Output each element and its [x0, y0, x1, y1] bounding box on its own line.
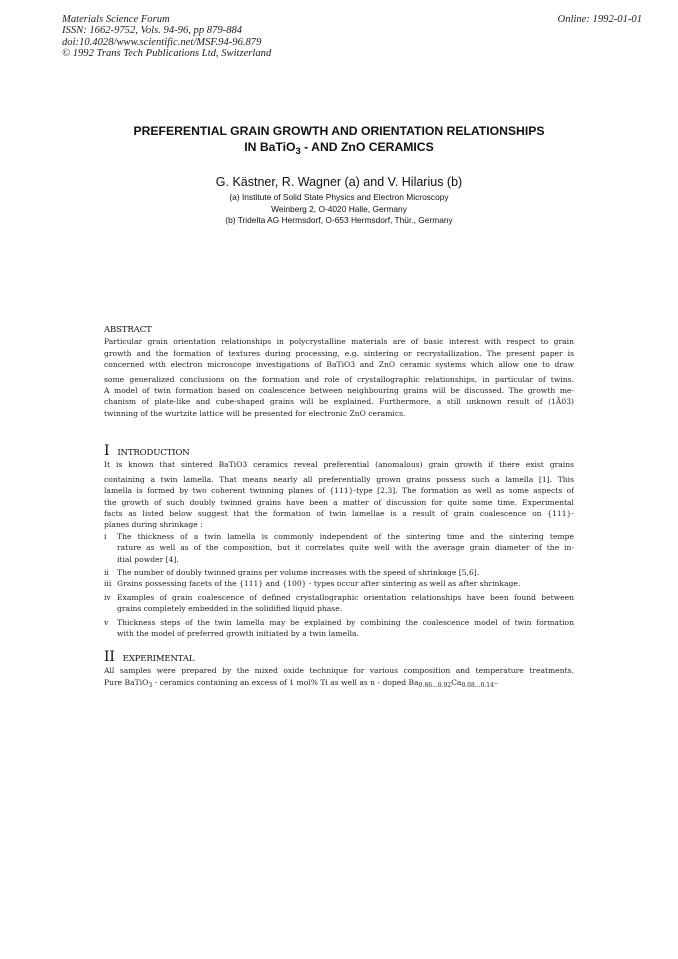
- experimental-section: IIEXPERIMENTAL All samples were prepared…: [104, 652, 574, 691]
- doi-line: doi:10.4028/www.scientific.net/MSF.94-96…: [62, 37, 271, 48]
- title-text: IN BaTiO: [244, 140, 295, 154]
- list-line: The number of doubly twinned grains per …: [117, 567, 574, 578]
- journal-name: Materials Science Forum: [62, 14, 271, 25]
- affiliation-b: (b) Tridelta AG Hermsdorf, O-653 Hermsdo…: [100, 215, 578, 227]
- abstract-line: growth and the formation of textures dur…: [104, 348, 574, 359]
- intro-line: lamella is formed by two coherent twinni…: [104, 485, 574, 496]
- list-item: i The thickness of a twin lamella is com…: [104, 531, 574, 565]
- introduction-heading: IINTRODUCTION: [104, 446, 574, 459]
- list-line: Thickness steps of the twin lamella may …: [117, 617, 574, 628]
- section-title: INTRODUCTION: [117, 448, 189, 458]
- abstract-line: twinning of the wurtzite lattice will be…: [104, 408, 574, 419]
- journal-metadata: Materials Science Forum ISSN: 1662-9752,…: [62, 14, 271, 60]
- text-run: - ceramics containing an excess of 1 mol…: [152, 678, 418, 687]
- abstract-heading: ABSTRACT: [104, 325, 574, 336]
- intro-line: It is known that sintered BaTiO3 ceramic…: [104, 459, 574, 470]
- list-line: rature as well as of the composition, bu…: [117, 542, 574, 553]
- intro-line: containing a twin lamella. That means ne…: [104, 474, 574, 485]
- abstract-line: A model of twin formation based on coale…: [104, 385, 574, 396]
- list-item: ii The number of doubly twinned grains p…: [104, 567, 574, 578]
- section-number: I: [104, 443, 109, 459]
- title-text: - AND ZnO CERAMICS: [301, 140, 434, 154]
- introduction-section: IINTRODUCTION It is known that sintered …: [104, 446, 574, 640]
- affiliation-a: (a) Institute of Solid State Physics and…: [100, 192, 578, 204]
- list-marker: iii: [104, 578, 111, 589]
- issn-line: ISSN: 1662-9752, Vols. 94-96, pp 879-884: [62, 25, 271, 36]
- section-title: EXPERIMENTAL: [123, 654, 195, 664]
- intro-line: facts as listed below suggest that the f…: [104, 508, 574, 519]
- section-number: II: [104, 649, 115, 665]
- abstract-line: concerned with electron microscope inves…: [104, 359, 574, 370]
- list-marker: v: [104, 617, 108, 628]
- list-line: The thickness of a twin lamella is commo…: [117, 531, 574, 542]
- text-run: Ca: [451, 678, 461, 687]
- title-line-2: IN BaTiO3 - AND ZnO CERAMICS: [100, 140, 578, 160]
- list-item: iii Grains possessing facets of the {111…: [104, 578, 574, 589]
- experimental-heading: IIEXPERIMENTAL: [104, 652, 574, 665]
- list-item: v Thickness steps of the twin lamella ma…: [104, 617, 574, 640]
- abstract-line: chanism of plate-like and cube-shaped gr…: [104, 396, 574, 407]
- subscript: 0.86...0.92: [419, 682, 451, 689]
- copyright-line: © 1992 Trans Tech Publications Ltd, Swit…: [62, 48, 271, 59]
- online-date: Online: 1992-01-01: [558, 14, 642, 25]
- list-marker: iv: [104, 592, 111, 603]
- list-marker: i: [104, 531, 106, 542]
- abstract-line: some generalized conclusions on the form…: [104, 374, 574, 385]
- list-line: Examples of grain coalescence of defined…: [117, 592, 574, 603]
- intro-line: planes during shrinkage :: [104, 519, 574, 530]
- intro-line: the growth of such doubly twinned grains…: [104, 497, 574, 508]
- experimental-line: Pure BaTiO3 - ceramics containing an exc…: [104, 677, 574, 691]
- paper-title: PREFERENTIAL GRAIN GROWTH AND ORIENTATIO…: [100, 124, 578, 159]
- list-marker: ii: [104, 567, 109, 578]
- affiliation-a-address: Weinberg 2, O-4020 Halle, Germany: [100, 204, 578, 216]
- text-run: Pure BaTiO: [104, 678, 148, 687]
- list-item: iv Examples of grain coalescence of defi…: [104, 592, 574, 615]
- list-line: itial powder [4].: [117, 554, 574, 565]
- abstract-line: Particular grain orientation relationshi…: [104, 336, 574, 347]
- authors: G. Kästner, R. Wagner (a) and V. Hilariu…: [100, 175, 578, 189]
- list-line: with the model of preferred growth initi…: [117, 628, 574, 639]
- affiliations: (a) Institute of Solid State Physics and…: [100, 192, 578, 227]
- title-line-1: PREFERENTIAL GRAIN GROWTH AND ORIENTATIO…: [100, 124, 578, 140]
- text-run: –: [494, 678, 498, 687]
- list-line: grains completely embedded in the solidi…: [117, 603, 574, 614]
- subscript: 0.08...0.14: [461, 682, 493, 689]
- experimental-line: All samples were prepared by the mixed o…: [104, 665, 574, 676]
- list-line: Grains possessing facets of the {111} an…: [117, 578, 574, 589]
- abstract-section: ABSTRACT Particular grain orientation re…: [104, 325, 574, 419]
